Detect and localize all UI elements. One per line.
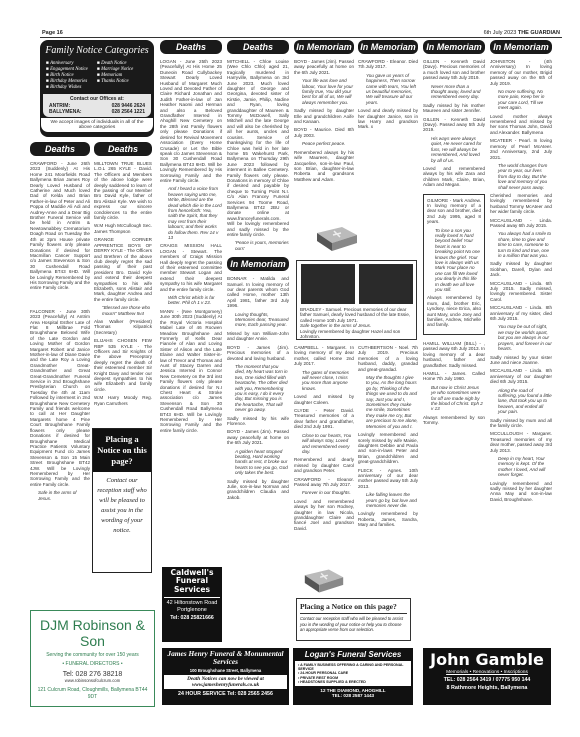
placing-ad-body: Contact our reception staff who will be … [93, 472, 151, 540]
contact-title: Contact our Offices at: [49, 96, 145, 102]
notice-signature: W.M Hugh McCullough Sec. James Thompson [94, 223, 152, 234]
family-notice-categories: Family Notice Categories Anniversary Dea… [40, 40, 154, 137]
ad-address: 42 Hiltonstown Road Portglenone [164, 597, 220, 613]
notice-mccausland: MCCAUSLAND - Linda. Passed away 6th July… [490, 218, 552, 229]
notice-mitchell: MITCHELL - Chloe Louise (Wee Chlo Chlo) … [227, 59, 289, 237]
ad-name: John Gamble [425, 650, 549, 669]
category-item: Death Notice [97, 61, 148, 66]
notice-crawford: CRAWFORD - Eleanor. Passed away 7th July… [294, 477, 354, 488]
notice-gillen: GILLEN - Kenneth David (Davy). Precious … [423, 59, 485, 81]
notice-signature: Loved mother always remembered and misse… [490, 114, 552, 136]
office-row: BALLYMENA:028 2564 1221 [49, 109, 145, 115]
notice-verse: No more suffering, No more pain, Keep he… [490, 89, 552, 111]
section-banner: In Memoriam [490, 40, 552, 54]
notice-signature: Sadly missed by his mother Maureen and s… [423, 103, 485, 114]
notice-verse: "Blessed are those who mourn" Matthew 5v… [94, 305, 152, 316]
office-phone: 028 2564 1221 [112, 109, 145, 115]
ad-point: • HEADSTONES SUPPLIED & ERECTED [298, 680, 408, 684]
notice-falconer: FALCONER - June 30th 2023 (Peacefully) A… [30, 309, 90, 487]
column-memoriam-5-lower: CAMPBELL - Margaret. In loving memory of… [294, 345, 354, 534]
placing-ad-title: Placing a Notice on this page? [93, 429, 151, 472]
notice-signature: Sadly missed by daughter Elle and grandc… [294, 108, 354, 124]
category-item: Anniversary [46, 61, 97, 66]
category-item: Engagement Notice [46, 67, 97, 72]
images-note: We accept images of individuals in all o… [40, 117, 154, 133]
ad-name: Logan's Funeral Services [295, 650, 411, 659]
notice-milltown: MILLTOWN TRUE BLUES L.O.L 265 KYLE - Dav… [94, 161, 152, 220]
ad-point: • A FAMILY BUSINESS OFFERING A CARING AN… [298, 663, 408, 671]
djm-robinson-ad: DJM Robinson & Son Serving the community… [30, 610, 155, 707]
notice-verse: Forever in our thoughts. [294, 490, 354, 495]
bible-icon [300, 567, 348, 597]
notice-verse: The world changes from year to year, our… [490, 163, 552, 190]
category-item: Birthday Memories [46, 79, 97, 84]
notice-signature: Sadly missed by daughter Julie, son-in-l… [227, 479, 289, 501]
car-photo [359, 264, 413, 304]
ad-website: www.robinsonsofculcrum.com [34, 678, 151, 683]
notice-elijahs: ELIJAHS CHOSEN FEW RBP 535 KYLE - The Of… [94, 338, 152, 392]
notice-mann: MANN - (Nee Montgomery) June 30th 2023 (… [160, 309, 222, 433]
ad-phone: TEL: 028 2587 1443 [295, 693, 411, 698]
notice-verse: You always had a smile to share, time to… [490, 231, 552, 258]
notice-verse: Safe in the arms of Jesus. [30, 490, 90, 501]
notice-cuthbertson: CUTHBERTSON - Noel. 7th July 2019. Preci… [358, 345, 418, 372]
notice-verse: Your life was love and labour, Your love… [294, 78, 354, 105]
section-banner: In Memoriam [294, 40, 354, 54]
page-number: Page 16 [42, 30, 63, 36]
notice-crawford: CRAWFORD - Eleanor. Died 7th July 2017. [358, 59, 418, 70]
notice-verse: The gates of memories will never close, … [294, 370, 354, 392]
notice-signature: Sadly missed by your sister June and nie… [490, 355, 552, 366]
ad-services: Memorials • Renovations • Inscriptions [425, 670, 549, 675]
notice-campbell: CAMPBELL - Margaret. In loving memory of… [294, 345, 354, 367]
notice-grange: GRANGE CORNER APPRENTICE BOYS OF DERRY K… [94, 237, 152, 302]
ad-address: 8 Rathmore Heights, Ballymena [425, 685, 549, 691]
issue-date: 6th July 2023 [484, 30, 517, 36]
category-item: Marriage Notice [97, 67, 148, 72]
masthead: 6th July 2023 THE GUARDIAN [484, 30, 560, 36]
notice-fleck: FLECK - Agnes. 10th anniversary of our d… [358, 468, 418, 490]
notice-boyd: BOYD - Maurice. Died 8th July 2003. [294, 127, 354, 138]
notice-verse: May the thoughts I give to you, As the l… [358, 375, 418, 429]
notice-signature: Loved and missed by daughter Coleen. [294, 394, 354, 405]
ad-web-note: Death Notices can now be viewed at www.j… [164, 675, 287, 689]
notice-mccausland: MCCAUSLAND - Linda. 6th July 2015. Sadly… [490, 281, 552, 303]
ad-service: • FUNERAL DIRECTORS • [34, 661, 151, 667]
notice-verse: Loving thoughts, Memories dear, Treasure… [227, 312, 289, 328]
notice-signature: Remembered and dearly missed by daughter… [294, 457, 354, 473]
notice-verse: But now in Christ Jesus ye who sometimes… [423, 385, 485, 412]
fnc-title: Family Notice Categories [43, 45, 151, 56]
placing-ad-body: Contact our reception staff who will be … [300, 616, 407, 633]
notice-signature: Remembered always by his wife Maureen, d… [294, 150, 354, 182]
notice-hamill: HAMILL WILLIAM (BILL) - , passed away 6t… [423, 341, 485, 368]
category-list: Anniversary Death Notice Engagement Noti… [43, 61, 151, 90]
notice-signature: Lovingly remembered by daughter Hazel an… [300, 329, 413, 340]
ad-phone: TEL: 028 2564 3419 / 07775 950 144 [425, 677, 549, 683]
notice-verse: Along the road of suffering, you found a… [490, 388, 552, 415]
notice-signature: Sadly missed by his wife Florence. [227, 416, 289, 427]
caldwells-ad: Caldwell's Funeral Services 42 Hiltonsto… [162, 567, 222, 642]
notice-boyd: BOYD - James (Jim). Passed away peaceful… [294, 59, 354, 75]
notice-gilmore: GILMORE - Mark Andrew. In loving memory … [427, 198, 481, 225]
ad-tagline: Serving the community for over 150 years [34, 652, 151, 658]
bible-icon [312, 225, 362, 255]
notice-mcateer: MCATEER - Pearl. In loving memory of Pea… [490, 138, 552, 160]
ad-phone: 24 HOUR SERVICE Tel: 028 2565 2456 [164, 691, 287, 697]
notice-verse: And I heard a voice from heaven saying u… [160, 186, 222, 240]
column-memoriam-6-lower: CUTHBERTSON - Noel. 7th July 2019. Preci… [358, 345, 418, 531]
notice-signature: Always remembered by mum, dad, brother E… [427, 295, 481, 327]
section-banner: In Memoriam [358, 40, 418, 54]
ad-address: 100 Broughshane Street, Ballymena [164, 668, 287, 673]
notice-crawford: CRAWFORD - June 26th 2023 (Suddenly) At … [30, 161, 90, 291]
notice-verse: Like falling leaves the years go by, but… [358, 492, 418, 508]
notice-verse: A golden heart stopped beating, Hard wor… [227, 449, 289, 476]
placing-ad-title: Placing a Notice on this page? [300, 602, 407, 614]
notice-boyd: BOYD - James (Jim). Precious memories of… [227, 345, 289, 361]
ad-name: Caldwell's Funeral Services [164, 569, 220, 594]
column-deaths-2: Deaths MILLTOWN TRUE BLUES L.O.L 265 KYL… [94, 142, 152, 409]
notice-johnston: JOHNSTON - (4th Anniversary) In loving m… [490, 59, 552, 86]
notice-verse: 'Peace is yours, memories ours' [227, 240, 289, 251]
column-deaths-1: Deaths CRAWFORD - June 26th 2023 (Sudden… [30, 142, 90, 504]
ad-name: DJM Robinson & Son [34, 617, 151, 649]
notice-signature: Lovingly remembered and sorely missed by… [358, 432, 418, 464]
notice-clyde: CLYDE - Peter David. Treasured memories … [294, 408, 354, 430]
section-banner: Deaths [227, 40, 289, 54]
office-contacts: Contact our Offices at: ANTRIM:028 9446 … [43, 94, 151, 117]
placing-notice-ad-2: Placing a Notice on this page? Contact o… [296, 598, 411, 641]
notice-mccausland: MCCAUSLAND - Linda. 8th anniversary of o… [490, 368, 552, 384]
notice-verse: You may be out of sight, we may be world… [490, 324, 552, 351]
section-banner: Deaths [94, 142, 152, 156]
column-memoriam-7: In Memoriam GILLEN - Kenneth David (Davy… [423, 40, 485, 429]
notice-signature: Always remembered by son Tommy. [423, 415, 485, 426]
notice-verse: With Christ which is far better. Phil ch… [160, 295, 222, 306]
header-rule [40, 37, 562, 38]
james-henry-ad: James Henry Funeral & Monumental Service… [162, 648, 289, 705]
ad-phone: Tel: 028 276 38218 [34, 671, 151, 678]
ad-name: James Henry Funeral & Monumental Service… [164, 650, 287, 666]
gilmore-notice: GILMORE - Mark Andrew. In loving memory … [423, 194, 485, 335]
wedding-photo [301, 264, 355, 304]
notice-verse: His ways were always quiet, He never car… [423, 136, 485, 163]
notice-verse: Close to our hearts, You will always sta… [294, 433, 354, 455]
ad-address: 121 Culcrum Road, Cloughmills, Ballymena… [34, 687, 151, 700]
category-item: Thanks Notice [97, 79, 148, 84]
notice-logan: LOGAN - June 25th 2023 (Peacefully) At H… [160, 59, 222, 183]
notice-signature: Alan Walker (President) Thomas Kilpatric… [94, 319, 152, 335]
notice-signature: Cherished memories and lovingly remember… [490, 193, 552, 215]
section-banner: Deaths [160, 40, 222, 54]
notice-mccausland: MCCAUSLAND - Linda. 8th anniversary of m… [490, 305, 552, 321]
column-memoriam-6: In Memoriam CRAWFORD - Eleanor. Died 7th… [358, 40, 418, 133]
section-banner: Deaths [30, 142, 90, 156]
bradley-notice: BRADLEY - Samuel. Precious memories of o… [296, 260, 417, 340]
notice-signature: Sadly missed by mum and all the family c… [490, 418, 552, 429]
column-deaths-3: Deaths LOGAN - June 25th 2023 (Peacefull… [160, 40, 222, 436]
notice-craigs: CRAIGS MISSION HALL LOGAN - Stewart. The… [160, 243, 222, 292]
notice-signature: Missed by son William-John and daughter … [227, 331, 289, 342]
notice-signature: W.M Harry Moody Reg. Ryan Carruthers [94, 395, 152, 406]
publication-name: THE GUARDIAN [518, 30, 560, 36]
notice-boyd: BOYD - James (Jim). Passed away peaceful… [227, 429, 289, 445]
notice-mccullough: MCCULLOUGH - Margaret. Treasured memorie… [490, 431, 552, 453]
notice-verse: You gave us years of happiness, Then sor… [358, 73, 418, 105]
john-gamble-ad: John Gamble Memorials • Renovations • In… [423, 648, 551, 705]
notice-verse: To lose a son you really loved Is hard b… [427, 228, 481, 293]
notice-signature: Loved and dearly missed by her daughter … [358, 108, 418, 130]
section-banner: In Memoriam [423, 40, 485, 54]
column-memoriam-8: In Memoriam JOHNSTON - (4th Anniversary)… [490, 40, 552, 505]
notice-gillen: GILLEN - Kenneth David (Davy). Passed aw… [423, 117, 485, 133]
notice-bonnar: BONNAR - Matilda and Samuel. In loving m… [227, 276, 289, 308]
notice-verse: Peace perfect peace. [294, 141, 354, 146]
logans-ad: Logan's Funeral Services • A FAMILY BUSI… [293, 648, 413, 705]
category-item: Birth Notice [46, 73, 97, 78]
office-name: BALLYMENA: [49, 109, 82, 115]
category-item: Memoriam [97, 73, 148, 78]
notice-signature: Lovingly remembered and sadly missed by … [490, 481, 552, 503]
category-item: Birthday Wishes [46, 85, 97, 90]
notice-hamill: HAMILL - James. Called Home 7th July 196… [423, 371, 485, 382]
section-banner: In Memoriam [227, 257, 289, 271]
notice-bradley: BRADLEY - Samuel. Precious memories of o… [300, 307, 413, 323]
notice-signature: Loved and remembered always by her son R… [294, 499, 354, 531]
notice-verse: Never more than a thought away, loved an… [423, 84, 485, 100]
placing-notice-ad: Placing a Notice on this page? Contact o… [92, 428, 152, 573]
ad-points: • A FAMILY BUSINESS OFFERING A CARING AN… [295, 661, 411, 686]
ad-phone: Tel: 028 25821666 [164, 615, 220, 621]
notice-signature: Lovingly remembered by Roberta, James, S… [358, 511, 418, 527]
bradley-text: BRADLEY - Samuel. Precious memories of o… [300, 307, 413, 339]
notice-verse: Deep in my heart, Your memory is kept. O… [490, 456, 552, 478]
notice-signature: Loved and remembered always by his wife … [423, 166, 485, 188]
column-deaths-4: Deaths MITCHELL - Chloe Louise (Wee Chlo… [227, 40, 289, 503]
notice-signature: Sadly missed by daughter Siobhan, Darell… [490, 261, 552, 277]
notice-verse: The moment that you died, My heart was t… [227, 364, 289, 413]
